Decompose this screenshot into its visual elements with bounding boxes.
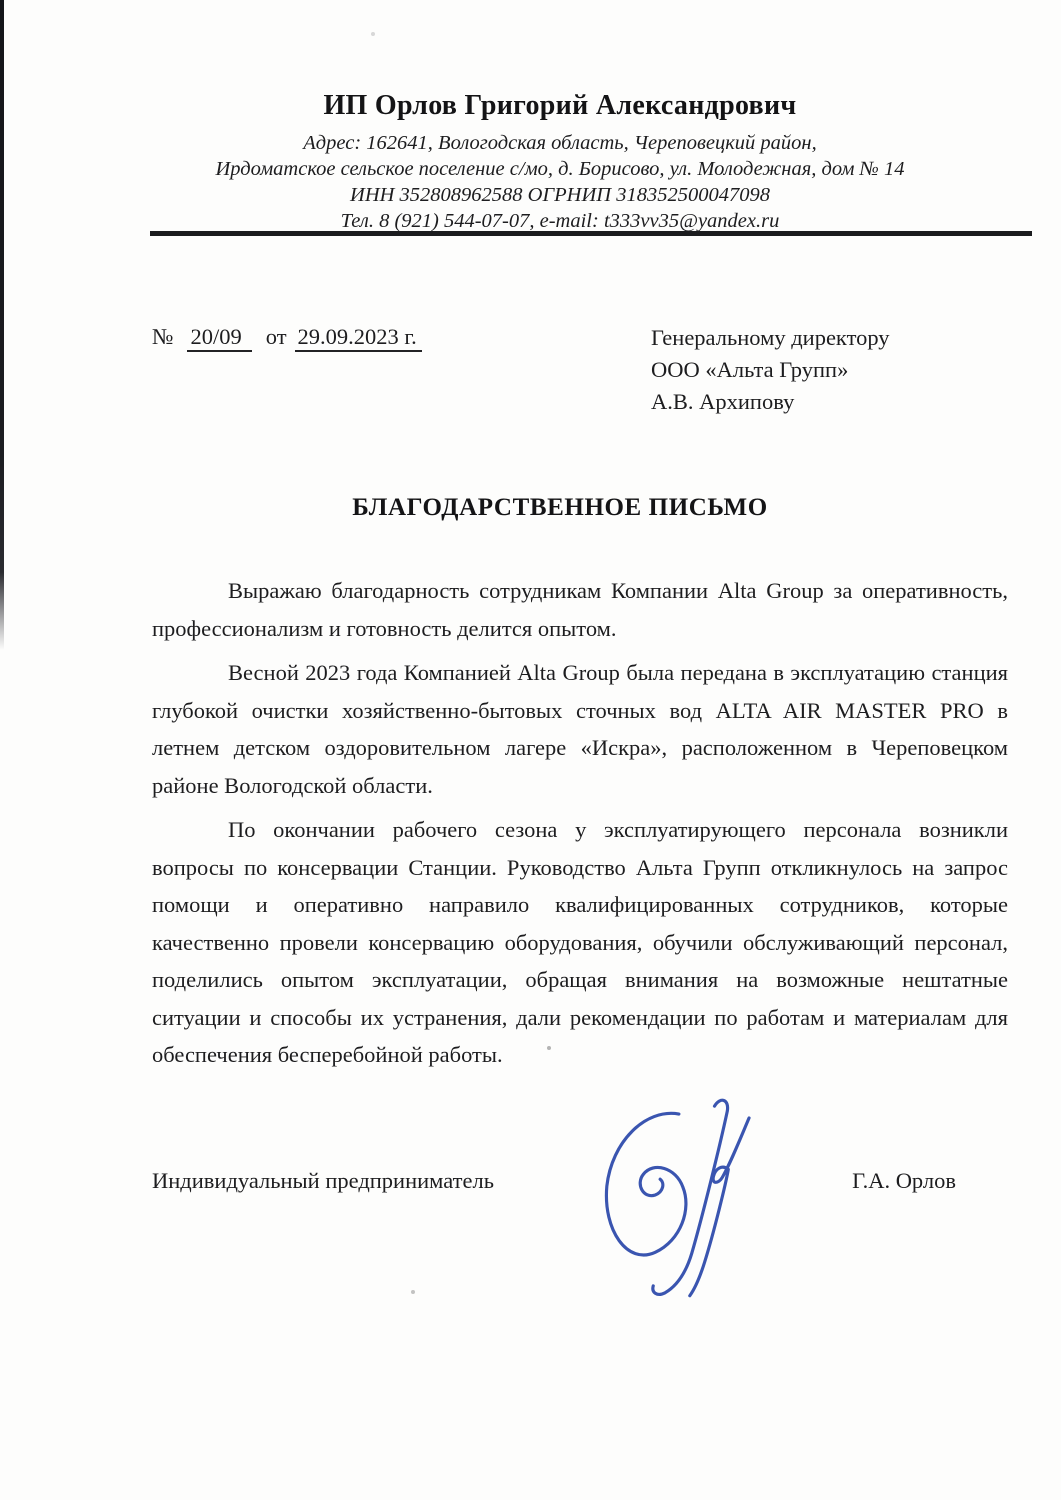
letterhead-address-line: Ирдоматское сельское поселение с/мо, д. … (120, 156, 1000, 182)
letter-body: Выражаю благодарность сотрудникам Компан… (152, 572, 1008, 1081)
signature-row: Индивидуальный предприниматель Г.А. Орло… (152, 1168, 1008, 1194)
signatory-name: Г.А. Орлов (852, 1168, 956, 1194)
letter-paragraph: Весной 2023 года Компанией Alta Group бы… (152, 654, 1008, 804)
letterhead-address-line: ИНН 352808962588 ОГРНИП 318352500047098 (120, 182, 1000, 208)
letter-paragraph: Выражаю благодарность сотрудникам Компан… (152, 572, 1008, 647)
addressee-line: А.В. Архипову (651, 386, 890, 418)
signatory-role: Индивидуальный предприниматель (152, 1168, 494, 1194)
scan-speck (411, 1290, 415, 1294)
addressee-line: ООО «Альта Групп» (651, 354, 890, 386)
addressee-block: Генеральному директору ООО «Альта Групп»… (651, 322, 890, 418)
reference-number: 20/09 (187, 324, 251, 352)
numero-sign: № (152, 324, 173, 349)
letterhead: ИП Орлов Григорий Александрович Адрес: 1… (120, 90, 1000, 234)
reference-date: 29.09.2023 г. (295, 324, 422, 352)
reference-number-row: №20/09от29.09.2023 г. (152, 324, 422, 350)
scan-edge-artifact (0, 0, 4, 650)
letter-title: БЛАГОДАРСТВЕННОЕ ПИСЬМО (120, 494, 1000, 522)
letter-page: ИП Орлов Григорий Александрович Адрес: 1… (0, 0, 1061, 1500)
from-label: от (266, 324, 287, 349)
letterhead-address-line: Адрес: 162641, Вологодская область, Чере… (120, 130, 1000, 156)
scan-speck (371, 32, 375, 36)
signature-ink (594, 1092, 752, 1300)
letter-paragraph: По окончании рабочего сезона у эксплуати… (152, 811, 1008, 1074)
letterhead-name: ИП Орлов Григорий Александрович (120, 90, 1000, 122)
addressee-line: Генеральному директору (651, 322, 890, 354)
letterhead-divider (150, 231, 1032, 236)
